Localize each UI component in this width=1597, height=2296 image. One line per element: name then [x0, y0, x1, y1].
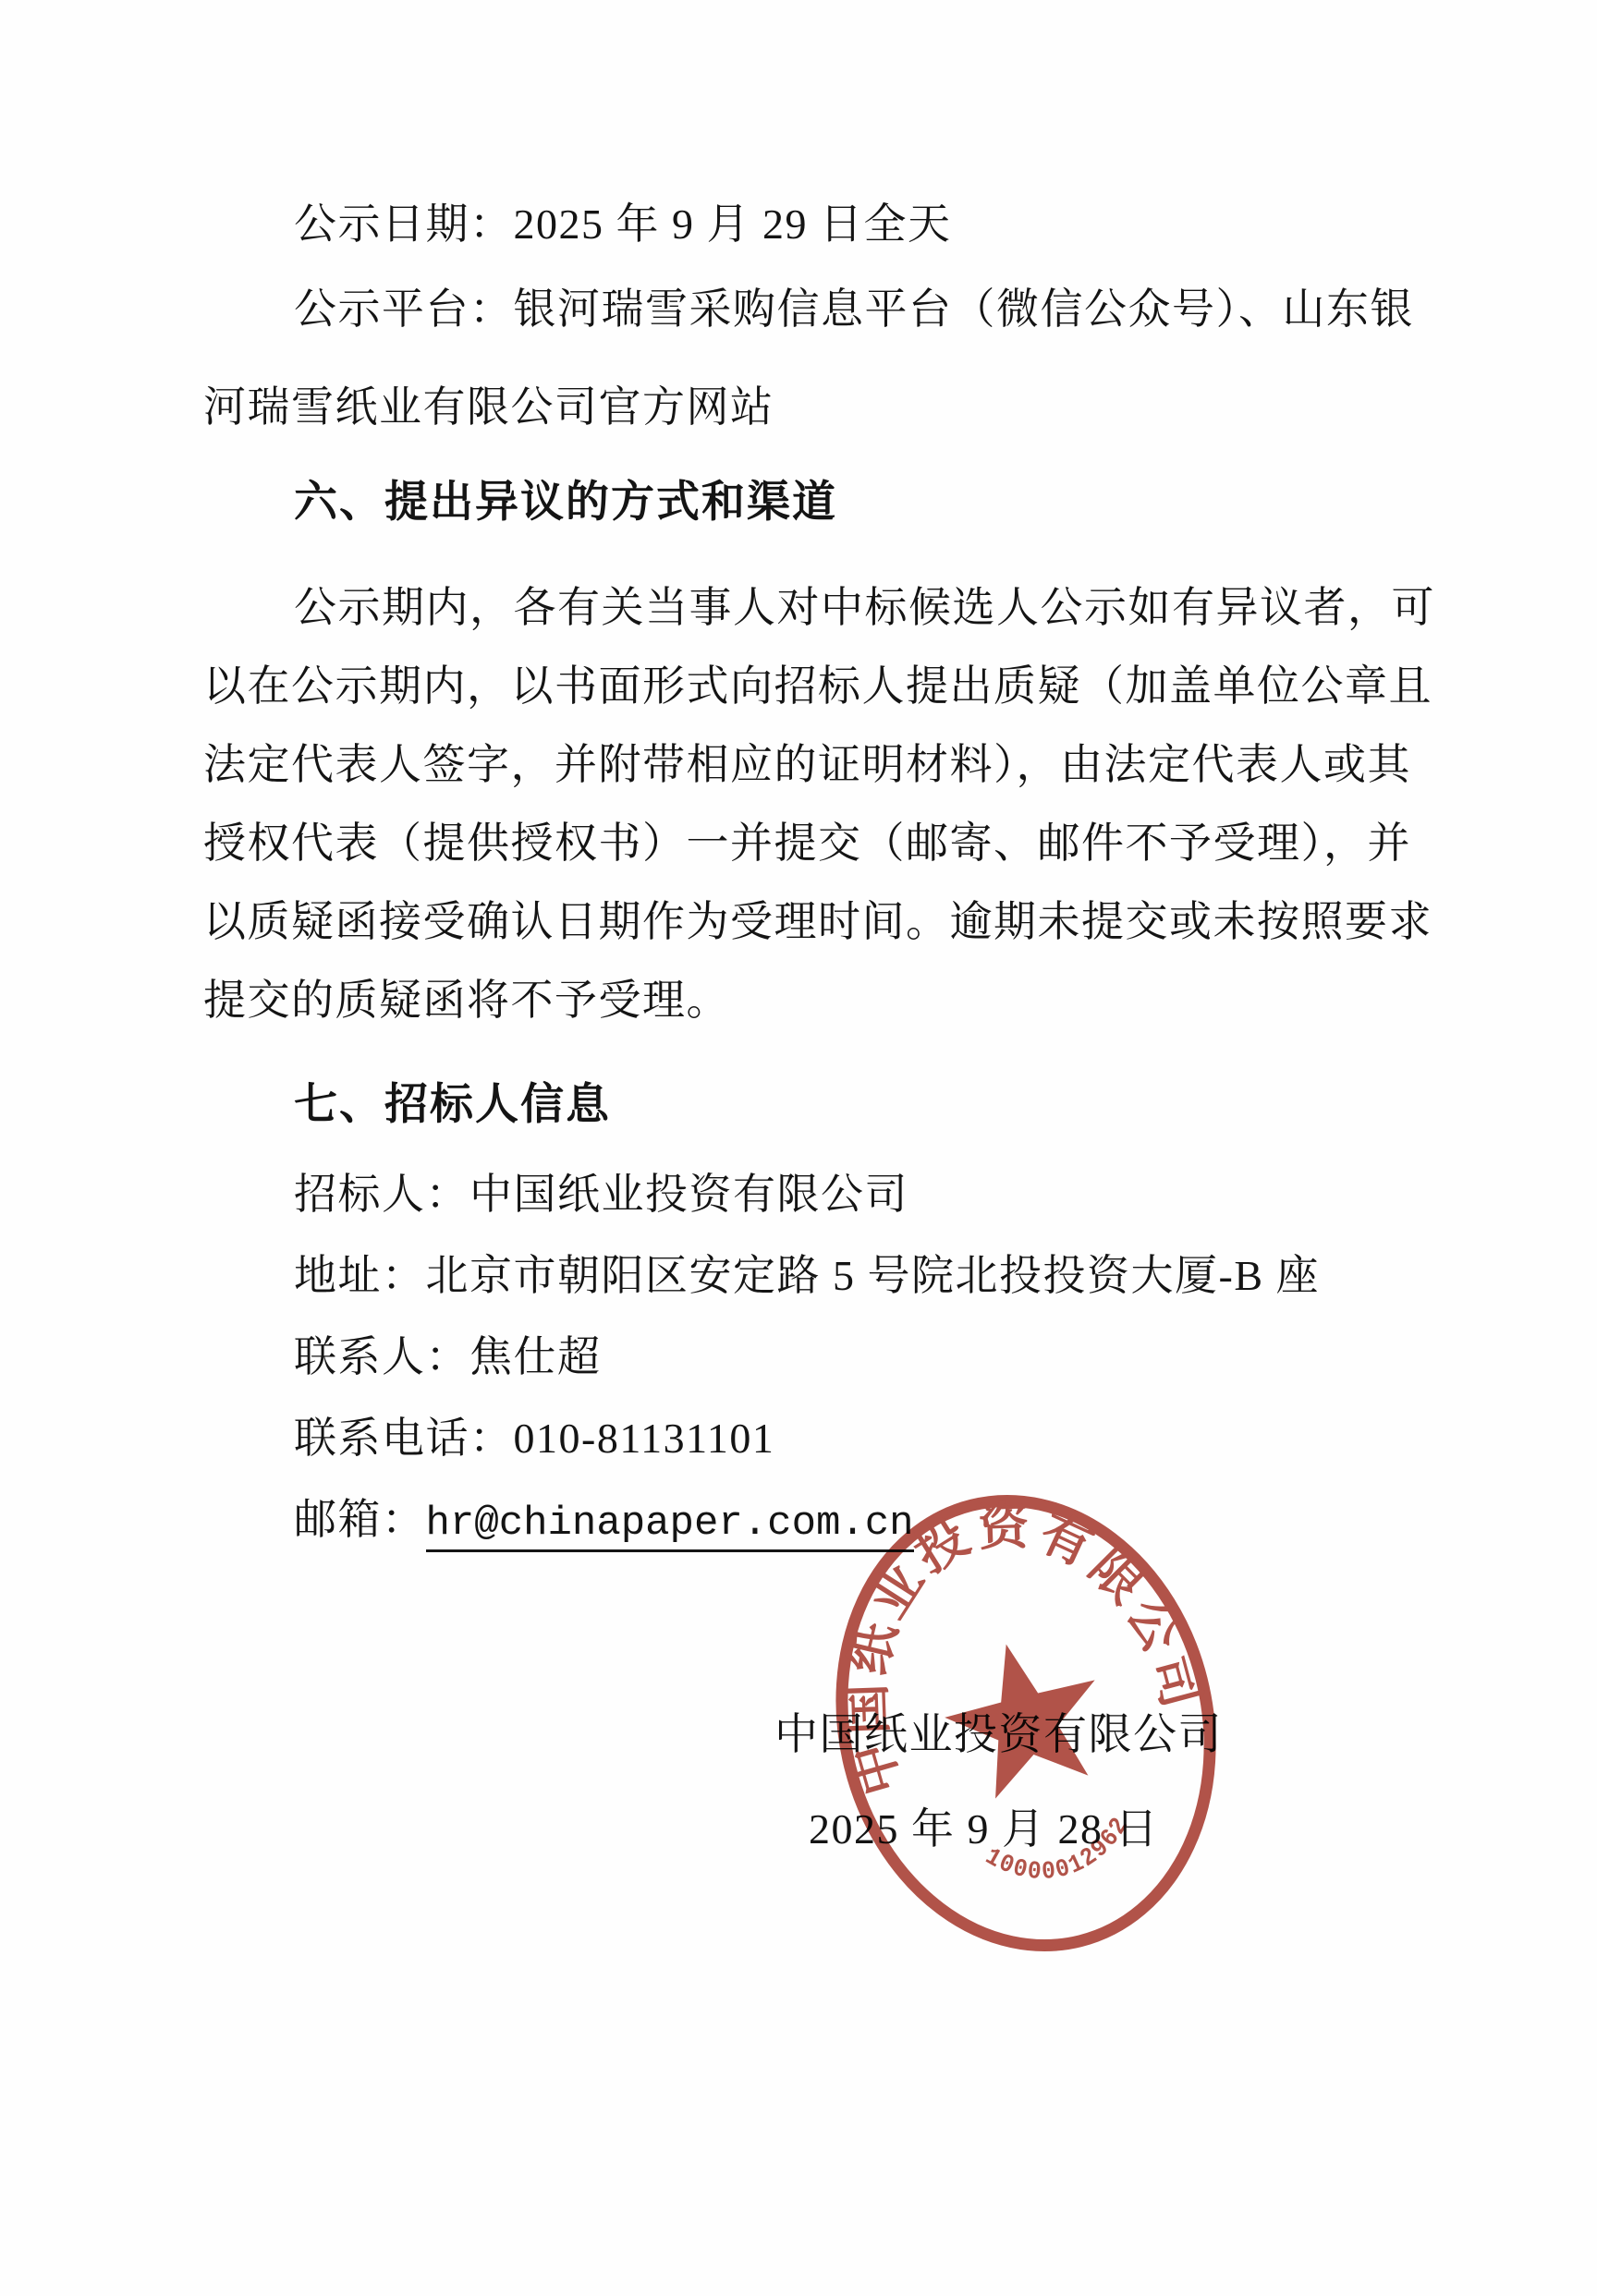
tenderee-line: 招标人：中国纸业投资有限公司: [294, 1171, 908, 1220]
stamp-star-icon: [931, 1625, 1116, 1805]
email-label: 邮箱：: [294, 1496, 426, 1543]
section6-heading: 六、提出异议的方式和渠道: [294, 477, 837, 527]
platform-line-1: 公示平台：银河瑞雪采购信息平台（微信公众号）、山东银: [294, 285, 1414, 334]
company-seal-stamp-icon: 中国纸业投资有限公司 100000129627: [823, 1476, 1229, 1965]
scanned-document-page: 公示日期：2025 年 9 月 29 日全天 公示平台：银河瑞雪采购信息平台（微…: [0, 0, 1597, 2296]
section6-paragraph-line: 提交的质疑函将不予受理。: [203, 977, 730, 1026]
section6-paragraph-line: 法定代表人签字，并附带相应的证明材料），由法定代表人或其: [203, 741, 1411, 790]
platform-line-2: 河瑞雪纸业有限公司官方网站: [203, 383, 774, 432]
section6-paragraph-line: 公示期内，各有关当事人对中标候选人公示如有异议者，可: [294, 584, 1435, 633]
section6-paragraph-line: 授权代表（提供授权书）一并提交（邮寄、邮件不予受理），并: [203, 820, 1411, 869]
email-line: 邮箱：hr@chinapaper.com.cn: [294, 1496, 914, 1548]
publish-date-line: 公示日期：2025 年 9 月 29 日全天: [294, 200, 952, 249]
contact-person-line: 联系人：焦仕超: [294, 1333, 602, 1382]
section6-paragraph-line: 以在公示期内，以书面形式向招标人提出质疑（加盖单位公章且: [203, 662, 1432, 711]
section6-paragraph-line: 以质疑函接受确认日期作为受理时间。逾期未提交或未按照要求: [203, 898, 1432, 947]
phone-line: 联系电话：010-81131101: [294, 1415, 774, 1464]
section7-heading: 七、招标人信息: [294, 1079, 611, 1129]
address-line: 地址：北京市朝阳区安定路 5 号院北投投资大厦-B 座: [294, 1252, 1320, 1301]
